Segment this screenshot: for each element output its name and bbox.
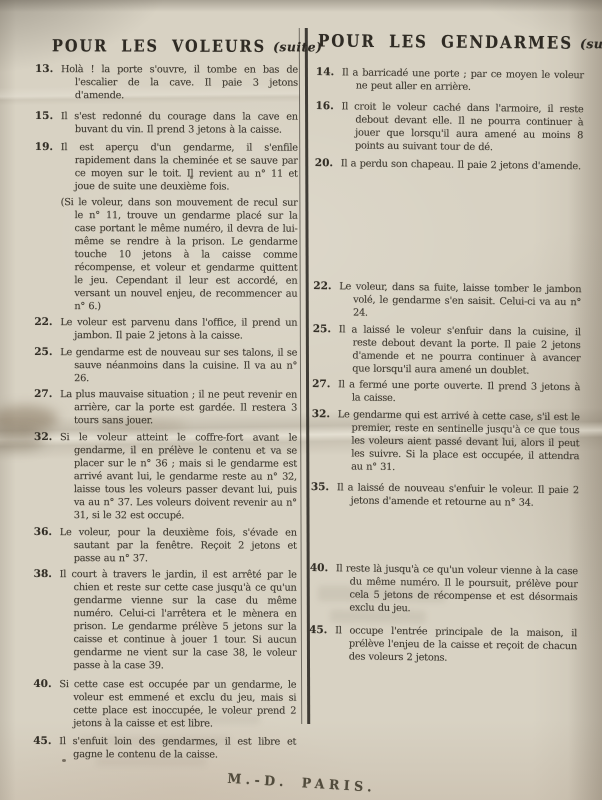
header-gendarmes: POUR LES GENDARMES(suite) xyxy=(318,31,598,52)
rule-text: Il court à travers le jardin, il est arr… xyxy=(73,568,296,673)
rule-text: Le voleur est parvenu dans l'office, il … xyxy=(74,316,297,343)
rule-item: 19.Il est aperçu d'un gendarme, il s'enf… xyxy=(35,141,298,194)
rule-text: Il s'est redonné du courage dans la cave… xyxy=(75,110,298,137)
rule-item: 13.Holà ! la porte s'ouvre, il tombe en … xyxy=(35,63,298,103)
rule-text: Il est aperçu d'un gendarme, il s'enfile… xyxy=(75,141,298,194)
rule-number: 36. xyxy=(34,526,52,539)
rule-item: 32.Si le voleur atteint le coffre-fort a… xyxy=(34,431,297,523)
rule-text: Le gendarme qui est arrivé à cette case,… xyxy=(351,408,580,476)
rule-item: 27.La plus mauvaise situation ; il ne pe… xyxy=(34,388,297,428)
rule-number: 38. xyxy=(34,568,52,581)
rule-text: La plus mauvaise situation ; il ne peut … xyxy=(74,388,297,428)
header-voleurs-suite: (suite) xyxy=(273,39,322,54)
rule-item: 25.Le gendarme est de nouveau sur ses ta… xyxy=(34,346,297,386)
rules-list-voleurs: 13.Holà ! la porte s'ouvre, il tombe en … xyxy=(33,63,298,762)
rule-item: 27.Il a fermé une porte ouverte. Il pren… xyxy=(312,378,580,407)
rule-number: 27. xyxy=(312,378,330,391)
rule-number: 15. xyxy=(35,110,53,123)
rule-number: 22. xyxy=(34,316,52,329)
rule-item: 16.Il croit le voleur caché dans l'armoi… xyxy=(315,100,584,155)
rule-number: 27. xyxy=(34,388,52,401)
rule-number: 25. xyxy=(34,346,52,359)
rule-text: (Si le voleur, dans son mouvement de rec… xyxy=(74,196,297,314)
rule-number: 40. xyxy=(310,562,328,575)
rule-text: Si cette case est occupée par un gendarm… xyxy=(73,678,296,731)
rule-text: Il occupe l'entrée principale de la mais… xyxy=(349,624,577,666)
rule-text: Le voleur, dans sa fuite, laisse tomber … xyxy=(353,280,581,322)
rule-number: 20. xyxy=(315,157,333,170)
rule-item: 40.Il reste là jusqu'à ce qu'un voleur v… xyxy=(309,562,578,617)
rule-item: 22.Le voleur, dans sa fuite, laisse tomb… xyxy=(313,280,581,322)
rule-note: (Si le voleur, dans son mouvement de rec… xyxy=(34,196,297,314)
rule-number: 45. xyxy=(33,735,51,748)
header-gendarmes-title: POUR LES GENDARMES xyxy=(318,31,573,54)
rule-text: Il a fermé une porte ouverte. Il prend 3… xyxy=(352,378,580,407)
rule-number: 32. xyxy=(312,408,330,421)
header-voleurs: POUR LES VOLEURS(suite) xyxy=(52,36,300,56)
rule-number: 35. xyxy=(311,481,329,494)
rule-item: 45.Il occupe l'entrée principale de la m… xyxy=(309,624,577,666)
rule-text: Le gendarme est de nouveau sur ses talon… xyxy=(74,346,297,386)
rule-text: Il a perdu son chapeau. Il paie 2 jetons… xyxy=(355,157,583,173)
rule-item: 45.Il s'enfuit loin des gendarmes, il es… xyxy=(33,735,296,762)
rule-item: 22.Le voleur est parvenu dans l'office, … xyxy=(34,316,297,343)
rule-number: 14. xyxy=(316,66,334,79)
rule-item: 32.Le gendarme qui est arrivé à cette ca… xyxy=(311,408,580,476)
rule-text: Il s'enfuit loin des gendarmes, il est l… xyxy=(73,735,296,762)
rules-sheet-photo: POUR LES VOLEURS(suite) POUR LES GENDARM… xyxy=(0,0,602,800)
rule-number: 19. xyxy=(35,141,53,154)
rule-item: 14.Il a barricadé une porte ; par ce moy… xyxy=(316,66,584,95)
rule-text: Le voleur, pour la deuxième fois, s'évad… xyxy=(74,526,297,566)
header-gendarmes-suite: (suite) xyxy=(580,36,602,51)
rule-item: 36.Le voleur, pour la deuxième fois, s'é… xyxy=(34,526,297,566)
header-voleurs-title: POUR LES VOLEURS xyxy=(52,36,266,56)
rule-item: 15.Il s'est redonné du courage dans la c… xyxy=(35,110,298,137)
rule-text: Il a laissé de nouveau s'enfuir le voleu… xyxy=(351,481,579,510)
rules-list-gendarmes: 14.Il a barricadé une porte ; par ce moy… xyxy=(309,66,584,666)
rule-number: 13. xyxy=(35,63,53,76)
rule-number: 22. xyxy=(313,280,331,293)
rule-text: Holà ! la porte s'ouvre, il tombe en bas… xyxy=(75,63,298,103)
rule-number: 40. xyxy=(33,678,51,691)
rule-text: Il reste là jusqu'à ce qu'un voleur vien… xyxy=(349,562,578,617)
rule-number: 25. xyxy=(313,323,331,336)
rule-item: 38.Il court à travers le jardin, il est … xyxy=(33,568,296,673)
rule-item: 40.Si cette case est occupée par un gend… xyxy=(33,678,296,731)
rule-number: 16. xyxy=(315,100,333,113)
rule-number: 32. xyxy=(34,431,52,444)
rule-text: Il croit le voleur caché dans l'armoire,… xyxy=(355,100,584,155)
rule-number: 45. xyxy=(309,624,327,637)
rule-item: 35.Il a laissé de nouveau s'enfuir le vo… xyxy=(311,481,579,510)
rule-item: 25.Il a laissé le voleur s'enfuir dans l… xyxy=(312,323,581,378)
rule-text: Si le voleur atteint le coffre-fort avan… xyxy=(74,431,297,523)
rule-text: Il a laissé le voleur s'enfuir dans la c… xyxy=(352,323,581,378)
rule-item: 20.Il a perdu son chapeau. Il paie 2 jet… xyxy=(315,157,583,173)
rule-text: Il a barricadé une porte ; par ce moyen … xyxy=(356,66,584,95)
